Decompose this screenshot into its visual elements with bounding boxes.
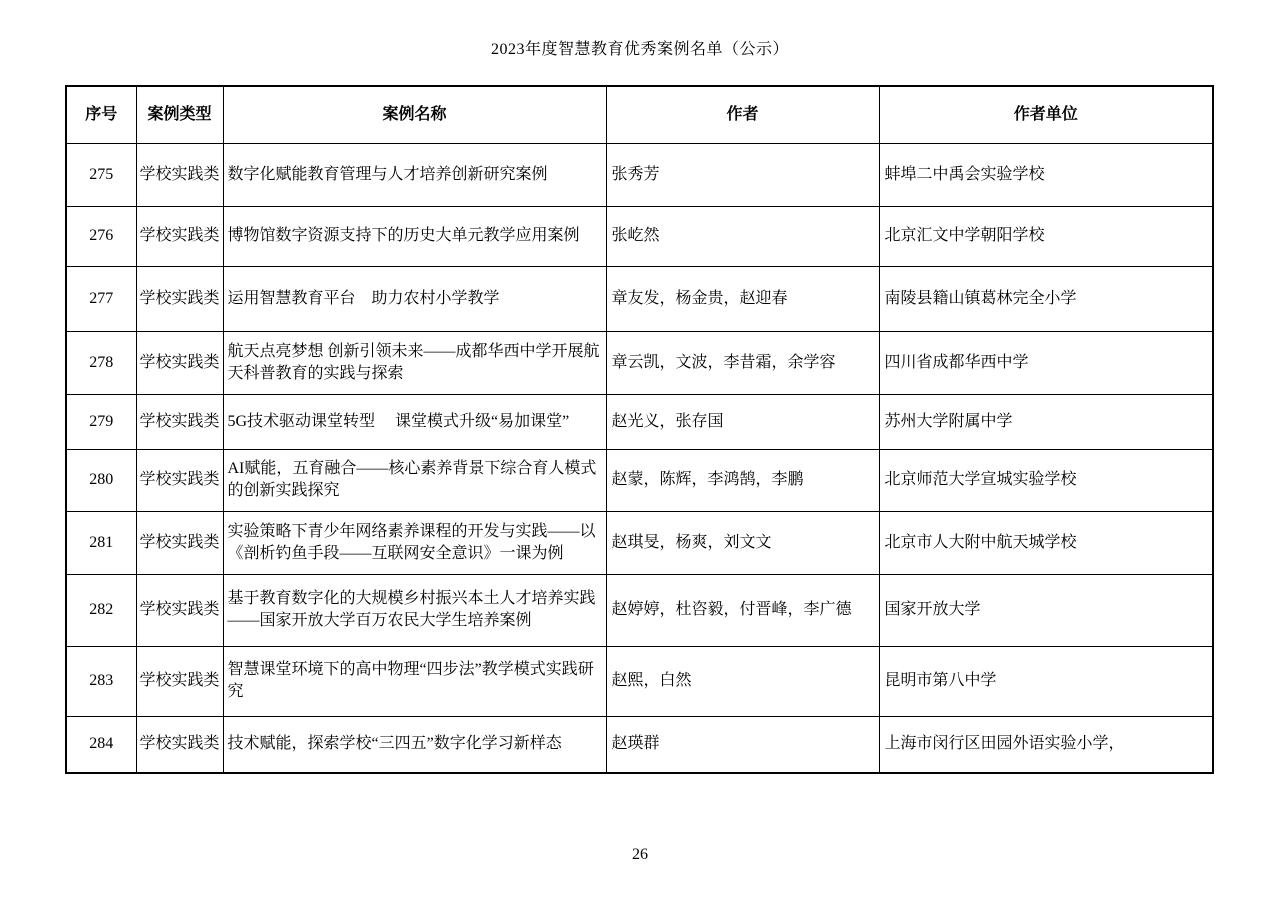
table-header-row: 序号 案例类型 案例名称 作者 作者单位 [66,86,1213,143]
cell-org: 北京师范大学宣城实验学校 [879,449,1213,511]
table-row: 283 学校实践类 智慧课堂环境下的高中物理“四步法”教学模式实践研究 赵熙，白… [66,646,1213,716]
cell-authors: 张秀芳 [606,143,879,206]
cell-type: 学校实践类 [136,716,223,773]
cell-name: 5G技术驱动课堂转型 课堂模式升级“易加课堂” [223,394,606,449]
cell-authors: 章友发，杨金贵，赵迎春 [606,266,879,331]
cell-serial: 283 [66,646,136,716]
cell-name: 技术赋能，探索学校“三四五”数字化学习新样态 [223,716,606,773]
cell-authors: 章云凯，文波，李昔霜，余学容 [606,331,879,394]
table-row: 282 学校实践类 基于教育数字化的大规模乡村振兴本土人才培养实践——国家开放大… [66,574,1213,646]
cell-org: 昆明市第八中学 [879,646,1213,716]
table-row: 284 学校实践类 技术赋能，探索学校“三四五”数字化学习新样态 赵瑛群 上海市… [66,716,1213,773]
cell-type: 学校实践类 [136,511,223,574]
header-type: 案例类型 [136,86,223,143]
table-row: 276 学校实践类 博物馆数字资源支持下的历史大单元教学应用案例 张屹然 北京汇… [66,206,1213,266]
cell-authors: 赵婷婷，杜咨毅，付晋峰，李广德 [606,574,879,646]
table-row: 277 学校实践类 运用智慧教育平台 助力农村小学教学 章友发，杨金贵，赵迎春 … [66,266,1213,331]
cell-name: 数字化赋能教育管理与人才培养创新研究案例 [223,143,606,206]
cell-authors: 张屹然 [606,206,879,266]
cell-org: 北京市人大附中航天城学校 [879,511,1213,574]
cell-org: 国家开放大学 [879,574,1213,646]
header-name: 案例名称 [223,86,606,143]
cell-type: 学校实践类 [136,206,223,266]
cell-type: 学校实践类 [136,646,223,716]
cell-serial: 276 [66,206,136,266]
cases-table: 序号 案例类型 案例名称 作者 作者单位 275 学校实践类 数字化赋能教育管理… [65,85,1214,774]
cell-serial: 281 [66,511,136,574]
cell-name: AI赋能，五育融合——核心素养背景下综合育人模式的创新实践探究 [223,449,606,511]
cell-type: 学校实践类 [136,331,223,394]
cell-name: 运用智慧教育平台 助力农村小学教学 [223,266,606,331]
cell-serial: 277 [66,266,136,331]
cell-authors: 赵瑛群 [606,716,879,773]
cell-type: 学校实践类 [136,394,223,449]
page-title: 2023年度智慧教育优秀案例名单（公示） [0,36,1280,59]
cell-org: 苏州大学附属中学 [879,394,1213,449]
table-row: 279 学校实践类 5G技术驱动课堂转型 课堂模式升级“易加课堂” 赵光义，张存… [66,394,1213,449]
cell-org: 四川省成都华西中学 [879,331,1213,394]
page-number: 26 [0,846,1280,864]
cell-type: 学校实践类 [136,449,223,511]
header-authors: 作者 [606,86,879,143]
cell-org: 蚌埠二中禹会实验学校 [879,143,1213,206]
table-row: 281 学校实践类 实验策略下青少年网络素养课程的开发与实践——以《剖析钓鱼手段… [66,511,1213,574]
cell-org: 南陵县籍山镇葛林完全小学 [879,266,1213,331]
cell-serial: 278 [66,331,136,394]
cell-type: 学校实践类 [136,574,223,646]
cell-serial: 280 [66,449,136,511]
cell-authors: 赵熙，白然 [606,646,879,716]
cell-type: 学校实践类 [136,266,223,331]
cell-org: 北京汇文中学朝阳学校 [879,206,1213,266]
cell-name: 实验策略下青少年网络素养课程的开发与实践——以《剖析钓鱼手段——互联网安全意识》… [223,511,606,574]
cell-org: 上海市闵行区田园外语实验小学， [879,716,1213,773]
cell-name: 航天点亮梦想 创新引领未来——成都华西中学开展航天科普教育的实践与探索 [223,331,606,394]
header-org: 作者单位 [879,86,1213,143]
table-row: 275 学校实践类 数字化赋能教育管理与人才培养创新研究案例 张秀芳 蚌埠二中禹… [66,143,1213,206]
cell-authors: 赵琪旻，杨爽，刘文文 [606,511,879,574]
document-page: 2023年度智慧教育优秀案例名单（公示） 序号 案例类型 案例名称 作者 作者单… [0,0,1280,905]
table-row: 278 学校实践类 航天点亮梦想 创新引领未来——成都华西中学开展航天科普教育的… [66,331,1213,394]
cell-serial: 284 [66,716,136,773]
cell-name: 智慧课堂环境下的高中物理“四步法”教学模式实践研究 [223,646,606,716]
cell-authors: 赵光义，张存国 [606,394,879,449]
cell-type: 学校实践类 [136,143,223,206]
cell-name: 基于教育数字化的大规模乡村振兴本土人才培养实践——国家开放大学百万农民大学生培养… [223,574,606,646]
header-serial: 序号 [66,86,136,143]
cell-serial: 282 [66,574,136,646]
cell-serial: 275 [66,143,136,206]
table-row: 280 学校实践类 AI赋能，五育融合——核心素养背景下综合育人模式的创新实践探… [66,449,1213,511]
cell-name: 博物馆数字资源支持下的历史大单元教学应用案例 [223,206,606,266]
cell-serial: 279 [66,394,136,449]
cell-authors: 赵蒙，陈辉，李鸿鹄，李鹏 [606,449,879,511]
